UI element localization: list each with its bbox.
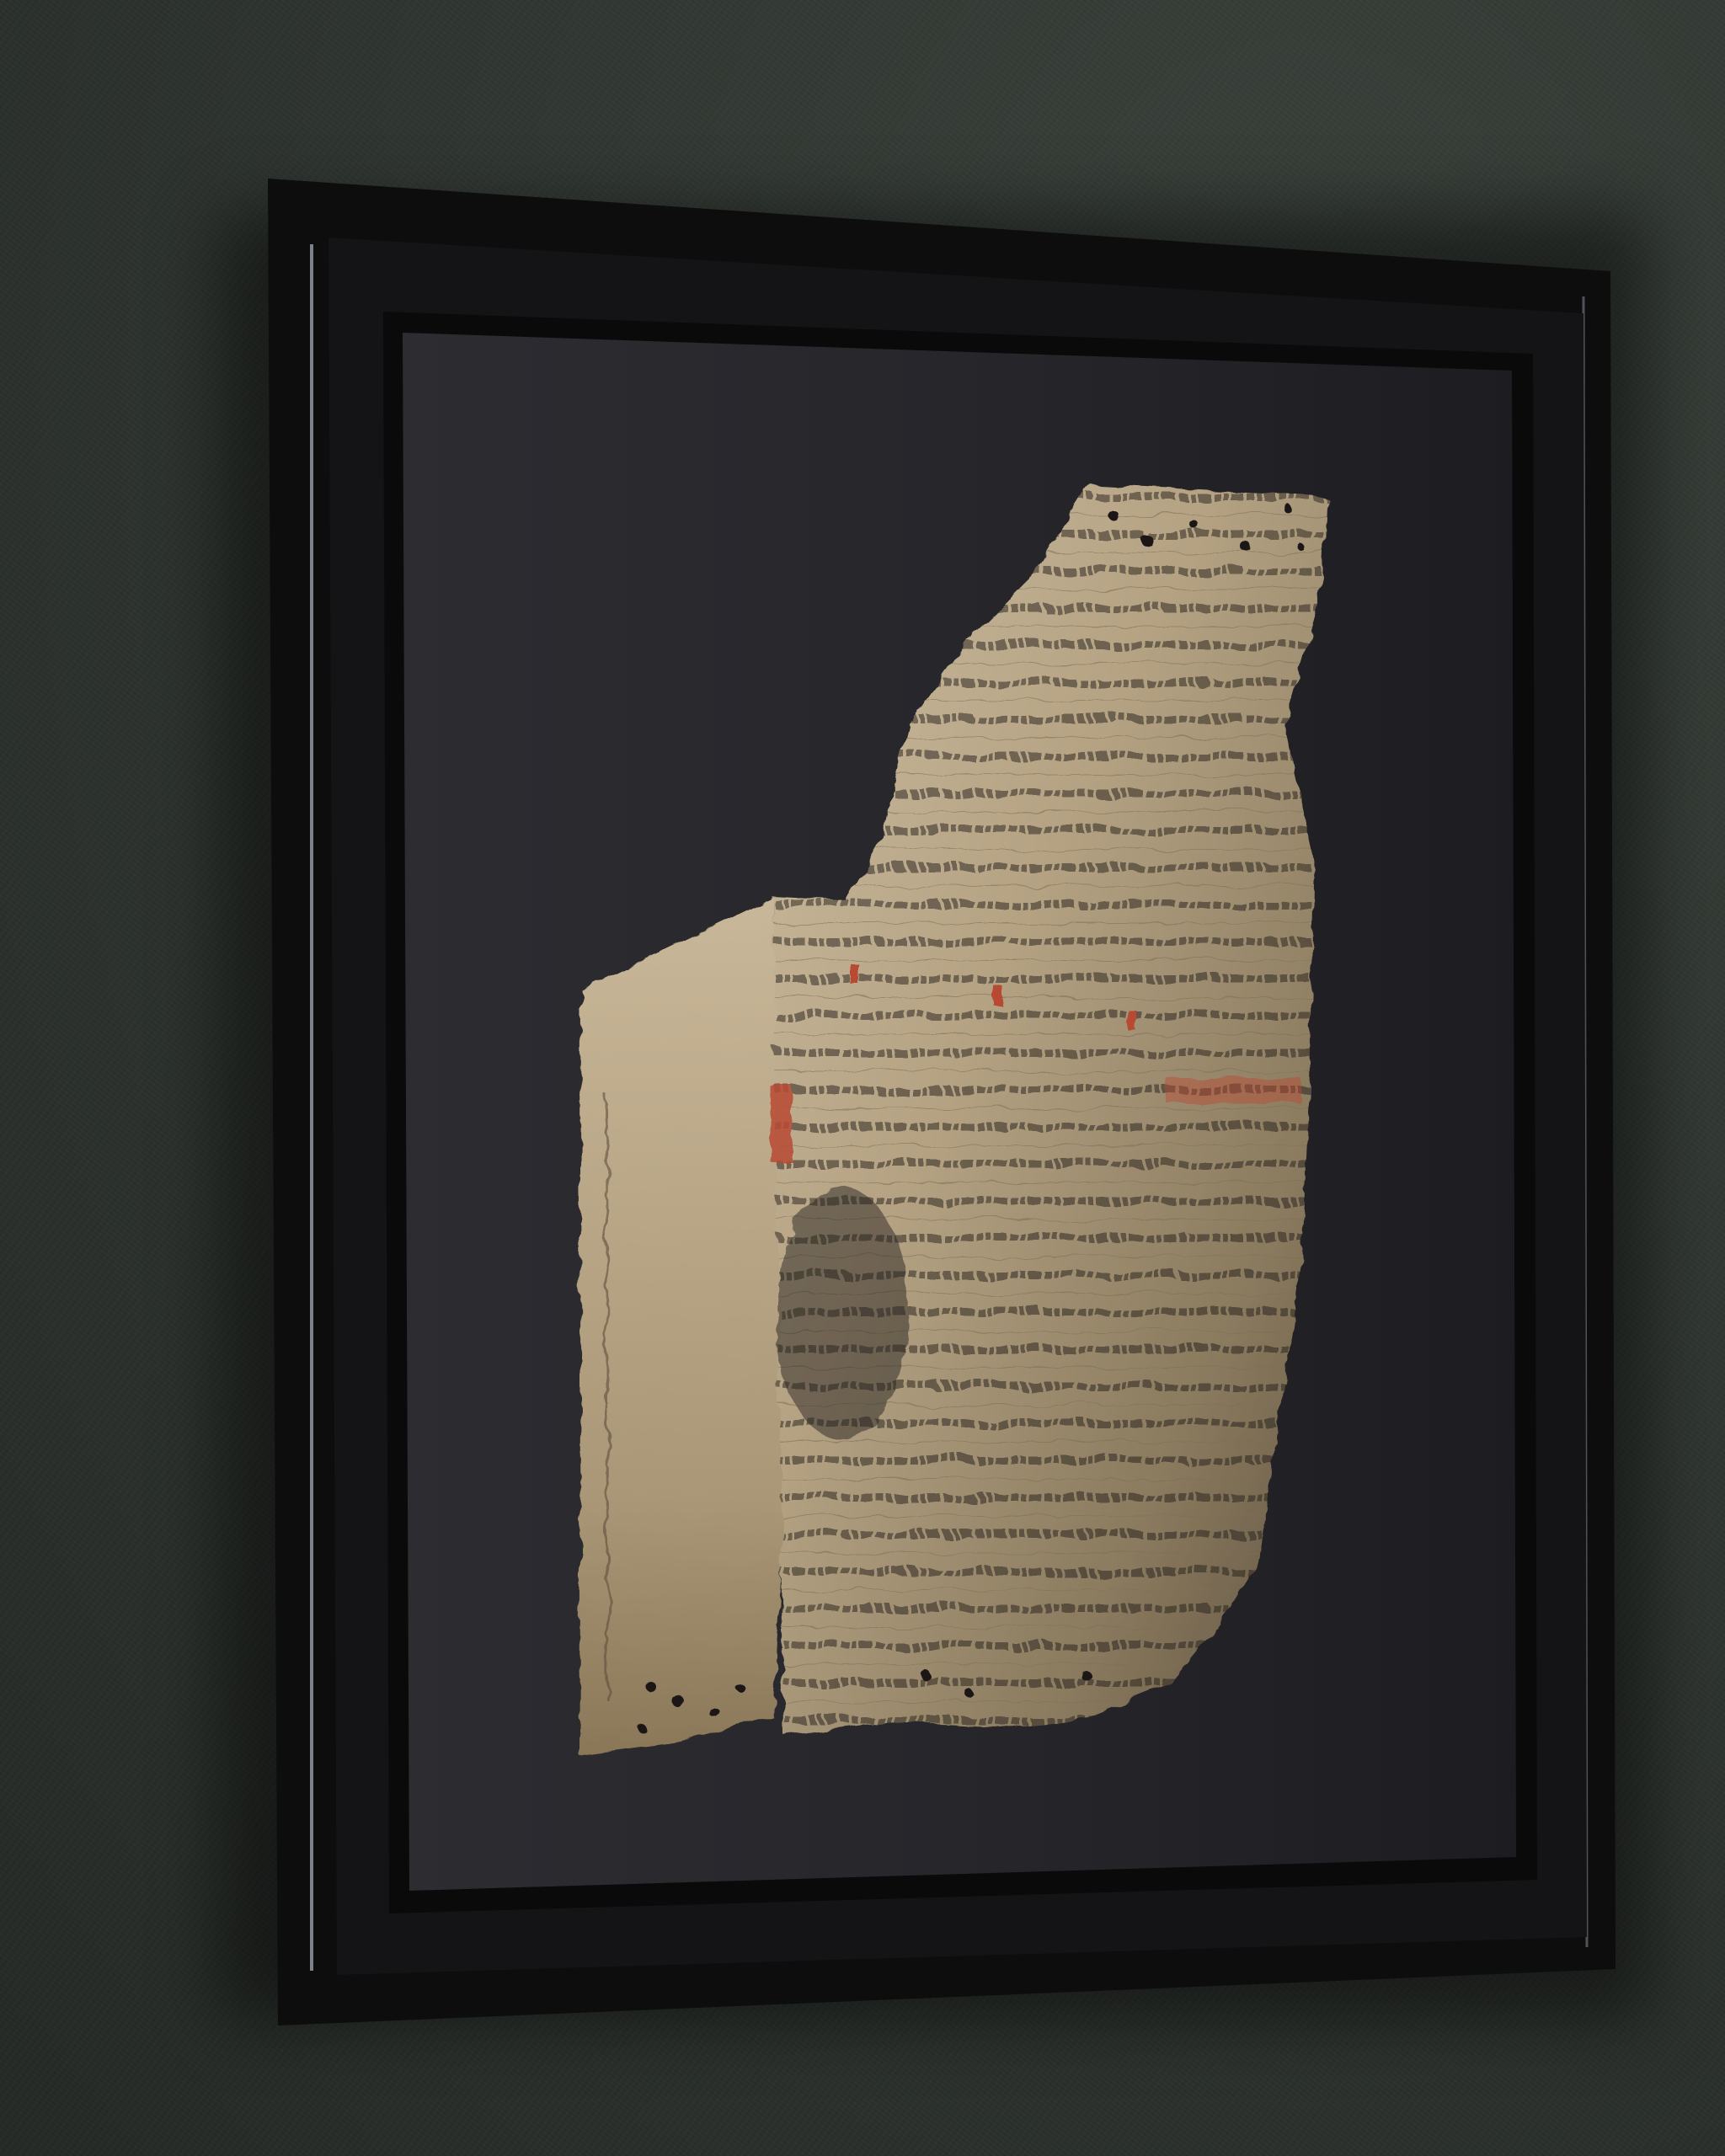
framed-manuscript xyxy=(0,0,1725,2156)
photo-scene: Framed fragment of a medieval manuscript… xyxy=(0,0,1725,2156)
parchment-strip xyxy=(579,897,783,1756)
